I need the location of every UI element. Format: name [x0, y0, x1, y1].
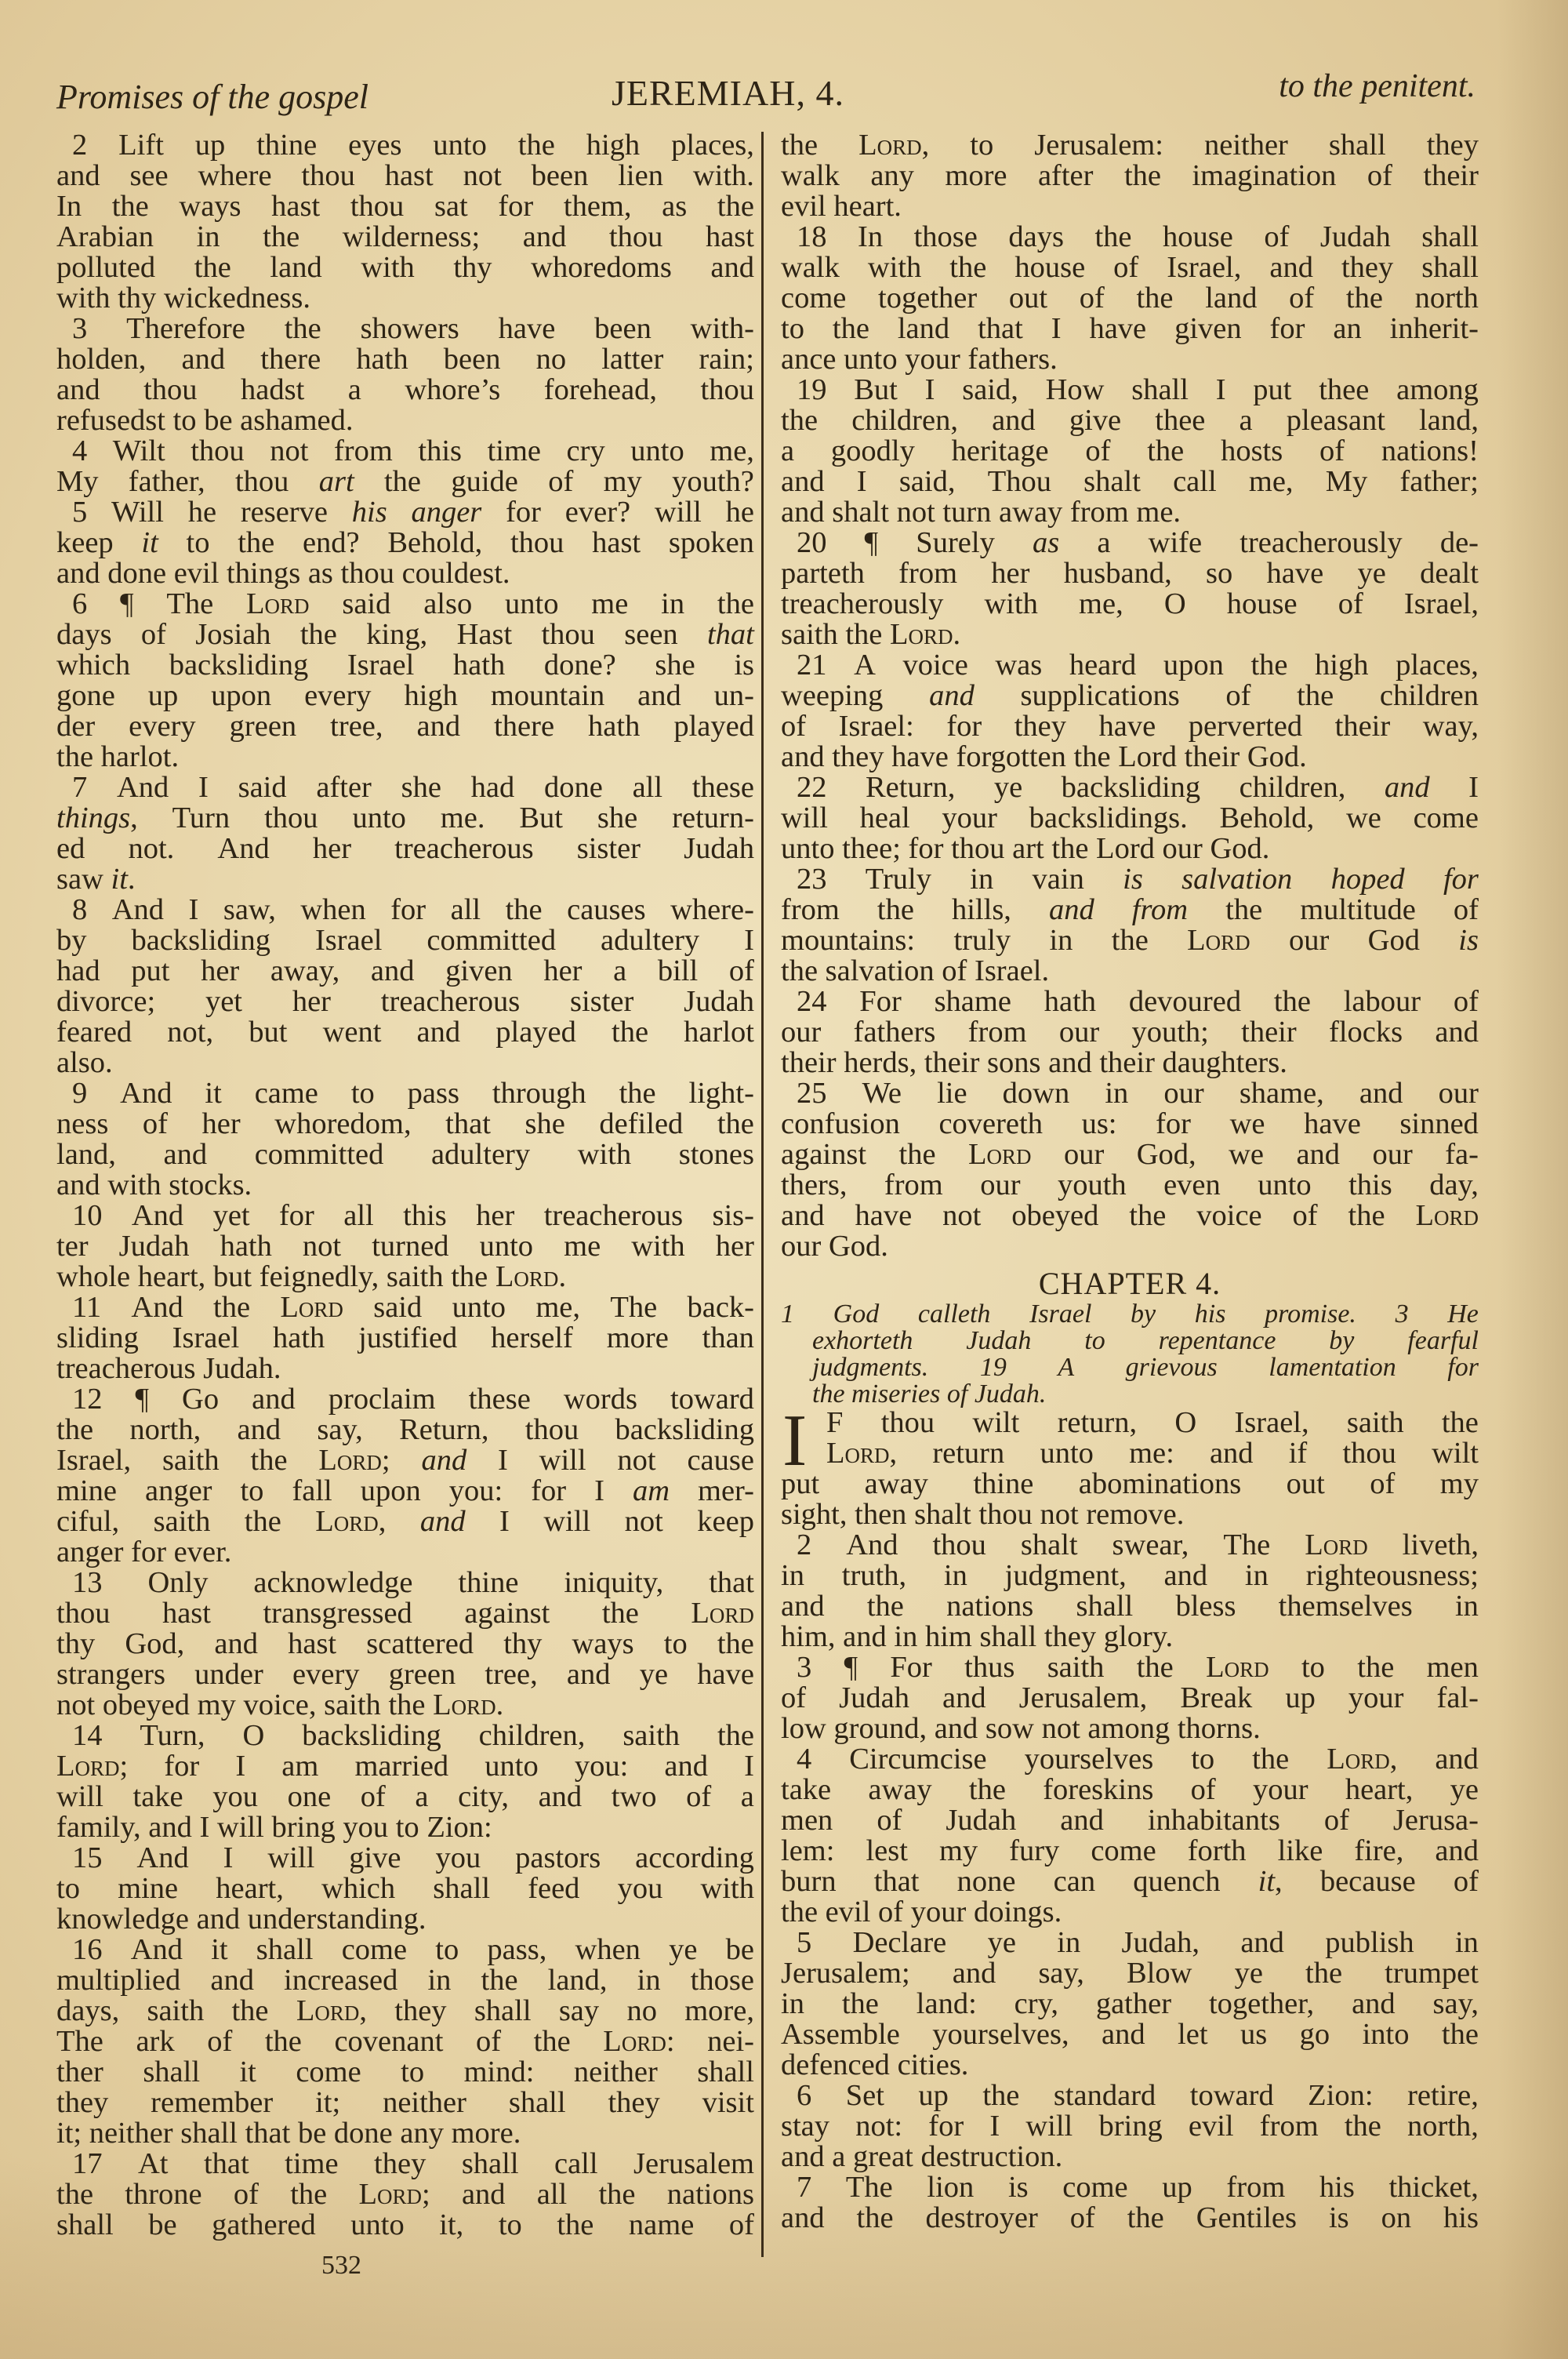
word: in	[1455, 1591, 1479, 1622]
word: down	[1003, 1078, 1070, 1109]
word: me.	[1136, 497, 1181, 528]
word: your	[905, 344, 960, 375]
word: not:	[855, 2111, 902, 2142]
word: ¶	[844, 1652, 858, 1683]
word: showers	[361, 314, 459, 344]
word: In	[858, 222, 883, 253]
word: north	[1415, 283, 1479, 314]
word: of	[877, 1805, 902, 1836]
word: voice	[902, 650, 967, 681]
word: it	[141, 528, 158, 558]
word: my	[939, 1836, 978, 1866]
word: the	[612, 1017, 648, 1048]
word: nations	[667, 2179, 754, 2210]
text-line: tomineheart,whichshallfeedyouwith	[56, 1874, 754, 1904]
word: us:	[1082, 1109, 1117, 1140]
text-line: walkanymoreaftertheimaginationoftheir	[781, 161, 1479, 191]
word: standard	[1054, 2081, 1156, 2111]
word: will	[267, 1843, 314, 1874]
word: of	[729, 956, 754, 987]
word: shall	[462, 2149, 519, 2179]
word: shall	[509, 2088, 566, 2118]
word: Blow	[1127, 1958, 1192, 1989]
word: shalt	[832, 497, 889, 528]
word: 2	[797, 1530, 811, 1561]
word: heritage	[952, 436, 1049, 467]
word: in	[1057, 1928, 1080, 1958]
word: this	[418, 436, 462, 467]
word: for	[909, 834, 944, 864]
text-line: judgments.19Agrievouslamentationfor	[781, 1354, 1479, 1381]
word: miseries	[851, 1381, 940, 1408]
word: low	[781, 1714, 826, 1744]
word: come	[1062, 2172, 1127, 2203]
text-line: Arabianinthewilderness;andthouhast	[56, 222, 754, 253]
word: these	[469, 1384, 531, 1415]
word: their	[1423, 161, 1479, 191]
word: father;	[1399, 467, 1478, 497]
word: she	[655, 650, 695, 681]
word: hath	[453, 650, 505, 681]
word: The	[166, 589, 213, 620]
word: harlot	[684, 1017, 754, 1048]
word: shalt	[914, 1499, 971, 1530]
word: Assemble	[781, 2019, 900, 2050]
word: ways	[179, 191, 241, 222]
word: the	[717, 1721, 754, 1751]
text-line: 14Turn,Obackslidingchildren,saiththe	[56, 1721, 754, 1751]
word: Jerusalem;	[781, 1958, 910, 1989]
text-line: 4Wiltthounotfromthistimecryuntome,	[56, 436, 754, 467]
word: my	[604, 467, 642, 497]
word: turn	[942, 497, 991, 528]
word: anger	[411, 497, 481, 528]
word: backsliding	[615, 1415, 754, 1445]
word: Lord.	[433, 1690, 503, 1721]
word: that	[707, 620, 754, 650]
word: of	[1454, 987, 1479, 1017]
word: my	[1440, 1469, 1479, 1499]
word: will	[1025, 2111, 1073, 2142]
word: walk	[781, 253, 840, 283]
word: couldest.	[402, 558, 510, 589]
word: stocks.	[169, 1170, 252, 1201]
word: not	[303, 1231, 341, 1262]
word: acknowledge	[253, 1568, 412, 1598]
word: they	[1044, 1622, 1096, 1652]
right-column: theLord,toJerusalem:neithershalltheywalk…	[781, 130, 1479, 2234]
word: for	[131, 1537, 166, 1568]
word: shall	[56, 2210, 114, 2241]
word: fire,	[1354, 1836, 1403, 1866]
word: anger	[56, 1537, 124, 1568]
word: days	[56, 620, 112, 650]
word: And	[132, 1201, 183, 1231]
word: forgotten	[956, 742, 1065, 772]
word: ye	[1357, 558, 1385, 589]
word: an	[1333, 314, 1361, 344]
word: from	[1260, 2111, 1319, 2142]
word: Lord,	[296, 1996, 367, 2026]
word: for	[1270, 314, 1305, 344]
text-line: thouhasttransgressedagainsttheLord	[56, 1598, 754, 1629]
word: wilt	[1432, 1438, 1479, 1469]
word: and	[843, 1622, 887, 1652]
text-line: thyGod,andhastscatteredthywaystothe	[56, 1629, 754, 1659]
word: Lord.	[890, 620, 960, 650]
word: his	[1195, 1301, 1226, 1328]
word: sister	[570, 987, 633, 1017]
word: adultery	[601, 925, 699, 956]
word: 1	[781, 1301, 794, 1328]
word: mountain	[491, 681, 604, 711]
right-column-verses: theLord,toJerusalem:neithershalltheywalk…	[781, 130, 1479, 1262]
word: him	[925, 1622, 972, 1652]
word: also	[423, 589, 472, 620]
word: swear,	[1112, 1530, 1189, 1561]
word: the	[451, 1262, 488, 1292]
word: I	[989, 2111, 1000, 2142]
word: But	[519, 803, 563, 834]
word: the	[300, 620, 337, 650]
word: 3	[1396, 1301, 1409, 1328]
text-line: willtakeyouoneofacity,andtwoofa	[56, 1782, 754, 1812]
word: and	[1269, 253, 1313, 283]
word: the	[1357, 1652, 1394, 1683]
word: committed	[426, 925, 556, 956]
word: repentance	[1159, 1328, 1276, 1354]
word: In	[56, 191, 82, 222]
word: yet	[213, 1201, 250, 1231]
word: 18	[797, 222, 827, 253]
word: foreskins	[1043, 1775, 1153, 1805]
word: to	[173, 405, 197, 436]
word: of	[207, 2026, 232, 2057]
word: calleth	[918, 1301, 991, 1328]
word: played	[673, 711, 754, 742]
word: in	[944, 1561, 967, 1591]
word: will	[217, 1812, 264, 1843]
text-line: shallbegathereduntoit,tothenameof	[56, 2210, 754, 2241]
word: Set	[846, 2081, 884, 2111]
word: thou	[235, 467, 289, 497]
text-line: thershallitcometomind:neithershall	[56, 2057, 754, 2088]
word: keep	[56, 528, 114, 558]
word: Only	[147, 1568, 208, 1598]
word: with	[984, 589, 1037, 620]
text-line: agoodlyheritageofthehostsofnations!	[781, 436, 1479, 467]
word: given	[445, 956, 513, 987]
word: for	[1156, 1109, 1191, 1140]
word: and	[1359, 1078, 1403, 1109]
word: her	[543, 956, 582, 987]
word: thou	[350, 191, 404, 222]
word: children	[1380, 681, 1479, 711]
word: der	[56, 711, 95, 742]
word: said	[342, 589, 390, 620]
word: remember	[151, 2088, 273, 2118]
word: I	[744, 925, 754, 956]
word: truly	[953, 925, 1011, 956]
word: for	[946, 711, 982, 742]
text-line: our God.	[781, 1231, 1479, 1262]
word: with	[868, 253, 921, 283]
word: evil	[781, 191, 826, 222]
word: divorce;	[56, 987, 155, 1017]
word: Arabian	[56, 222, 154, 253]
word: which	[321, 1874, 395, 1904]
word: up	[918, 2081, 949, 2111]
word: unto	[1040, 1438, 1093, 1469]
word: reserve	[241, 497, 328, 528]
word: Lord	[968, 1140, 1032, 1170]
word: our	[1064, 1140, 1104, 1170]
word: Lord,	[826, 1438, 897, 1469]
text-line: the salvation of Israel.	[781, 956, 1479, 987]
word: that	[709, 1568, 754, 1598]
word: go	[1300, 2019, 1330, 2050]
text-line: 3¶ForthussaiththeLordtothemen	[781, 1652, 1479, 1683]
text-line: bybackslidingIsraelcommittedadulteryI	[56, 925, 754, 956]
word: hast	[385, 161, 434, 191]
word: adultery	[431, 1140, 530, 1170]
word: A	[1058, 1354, 1074, 1381]
word: thou	[510, 528, 564, 558]
word: of	[141, 620, 166, 650]
word: and	[1385, 772, 1430, 803]
word: thee	[1319, 375, 1369, 405]
word: her	[991, 558, 1029, 589]
word: weeping	[781, 681, 883, 711]
word: Lord	[691, 1598, 754, 1629]
word: destruction.	[921, 2142, 1063, 2172]
word: nations	[946, 1591, 1033, 1622]
word: the	[845, 620, 882, 650]
word: and	[1435, 1744, 1479, 1775]
word: will	[781, 803, 828, 834]
word: you	[212, 1782, 258, 1812]
word: all	[537, 2179, 567, 2210]
word: not	[1042, 1714, 1080, 1744]
word: God	[1368, 925, 1420, 956]
word: have	[1304, 1109, 1361, 1140]
word: Declare	[853, 1928, 947, 1958]
word: I	[1468, 772, 1479, 803]
word: this	[403, 1201, 447, 1231]
word: will	[56, 1782, 103, 1812]
word: Israel.	[975, 956, 1049, 987]
word: time	[285, 2149, 338, 2179]
text-line: refusedst to be ashamed.	[56, 405, 754, 436]
word: even	[1163, 1170, 1221, 1201]
word: mer-	[698, 1476, 754, 1507]
word: 25	[797, 1078, 827, 1109]
text-line: ance unto your fathers.	[781, 344, 1479, 375]
word: in	[197, 222, 220, 253]
word: youth	[1058, 1170, 1127, 1201]
word: to	[396, 1812, 419, 1843]
word: it	[239, 2057, 256, 2088]
word: of	[1113, 253, 1138, 283]
word: of	[686, 1782, 711, 1812]
word: Jerusalem,	[1019, 1683, 1148, 1714]
verse-1-lines: Fthouwiltreturn,OIsrael,saiththeLord,ret…	[781, 1408, 1479, 1530]
word: am	[633, 1476, 670, 1507]
word: been	[444, 344, 501, 375]
word: every	[304, 681, 372, 711]
word: to	[240, 1476, 263, 1507]
text-line: low ground, and sow not among thorns.	[781, 1714, 1479, 1744]
text-line: mountains:trulyintheLordourGodis	[781, 925, 1479, 956]
word: land,	[56, 1140, 116, 1170]
word: judgment,	[1005, 1561, 1127, 1591]
word: ed	[56, 834, 85, 864]
word: toward	[670, 1384, 754, 1415]
word: have	[499, 314, 556, 344]
chapter-verses: 2Andthoushaltswear,TheLordliveth,intruth…	[781, 1530, 1479, 2234]
word: for	[531, 1476, 566, 1507]
word: fa-	[1445, 1140, 1479, 1170]
word: lion	[927, 2172, 974, 2203]
word: We	[862, 1078, 902, 1109]
word: the	[506, 895, 543, 925]
word: give	[1069, 405, 1121, 436]
word: walk	[781, 161, 840, 191]
word: played	[495, 1017, 576, 1048]
word: heart,	[138, 1262, 206, 1292]
word: abominations	[1079, 1469, 1241, 1499]
word: refusedst	[56, 405, 165, 436]
word: not	[56, 1690, 95, 1721]
text-line: thethroneoftheLord;andallthenations	[56, 2179, 754, 2210]
word: call	[1173, 467, 1217, 497]
text-line: intheland:cry,gathertogether,andsay,	[781, 1989, 1479, 2019]
word: ark	[136, 2026, 174, 2057]
word: mind:	[464, 2057, 535, 2088]
word: Judah,	[1122, 1928, 1200, 1958]
word: yet	[205, 987, 242, 1017]
word: hath	[1044, 987, 1096, 1017]
word: from	[898, 558, 957, 589]
word: Judah.	[975, 1381, 1047, 1408]
word: He	[1447, 1301, 1479, 1328]
text-line: andIsaid,Thoushaltcallme,Myfather;	[781, 467, 1479, 497]
word: shall	[433, 1874, 490, 1904]
word: truth,	[842, 1561, 906, 1591]
text-line: sight, then shalt thou not remove.	[781, 1499, 1479, 1530]
text-line: theyrememberit;neithershalltheyvisit	[56, 2088, 754, 2118]
drop-cap-letter: I	[782, 1409, 807, 1472]
word: anger	[145, 1476, 212, 1507]
word: thou	[143, 375, 197, 405]
word: the	[781, 130, 818, 161]
word: you	[618, 1874, 663, 1904]
word: cities.	[898, 2050, 969, 2081]
word: green	[389, 1659, 456, 1690]
word: with	[107, 1170, 161, 1201]
word: doings.	[974, 1897, 1062, 1928]
word: because	[1320, 1866, 1416, 1897]
text-line: 1GodcallethIsraelbyhispromise.3He	[781, 1301, 1479, 1328]
word: is	[1458, 925, 1479, 956]
word: nei-	[707, 2026, 754, 2057]
word: herds,	[844, 1048, 916, 1078]
word: she	[401, 772, 441, 803]
word: evil	[1189, 2111, 1234, 2142]
word: neither	[89, 2118, 173, 2149]
text-line: andthouhadstawhore’sforehead,thou	[56, 375, 754, 405]
word: 19	[980, 1354, 1007, 1381]
word: the	[1252, 1744, 1289, 1775]
word: a	[415, 1782, 428, 1812]
word: increased	[284, 1965, 397, 1996]
word: for	[928, 2111, 964, 2142]
word: be	[204, 405, 232, 436]
text-line: partethfromherhusband,sohaveyedealt	[781, 558, 1479, 589]
word: and	[781, 742, 825, 772]
word: unto	[844, 344, 897, 375]
word: Lord	[1305, 1530, 1368, 1561]
word: upon	[1163, 650, 1224, 681]
word: the	[238, 528, 274, 558]
text-line: 25Weliedowninourshame,andour	[781, 1078, 1479, 1109]
word: And	[112, 895, 164, 925]
word: sinned	[1399, 1109, 1479, 1140]
word: 16	[72, 1935, 103, 1965]
word: house	[1163, 222, 1233, 253]
word: of	[1264, 222, 1289, 253]
word: through	[492, 1078, 586, 1109]
text-line: takeawaytheforeskinsofyourheart,ye	[781, 1775, 1479, 1805]
left-column: 2Liftupthineeyesuntothehighplaces,andsee…	[56, 130, 754, 2241]
word: righteousness;	[1306, 1561, 1479, 1591]
word: come	[342, 1935, 407, 1965]
text-line: treacherouslywithme,OhouseofIsrael,	[781, 589, 1479, 620]
word: remove.	[1086, 1499, 1184, 1530]
word: saith	[622, 1721, 680, 1751]
word: 24	[797, 987, 827, 1017]
word: lien	[618, 161, 663, 191]
word: And	[846, 1530, 898, 1561]
word: those	[914, 222, 978, 253]
word: the	[899, 1140, 936, 1170]
page-edge-shadow	[1497, 0, 1568, 2359]
word: neither	[574, 2057, 658, 2088]
word: given	[1174, 314, 1242, 344]
word: saw,	[223, 895, 276, 925]
word: a	[741, 1782, 754, 1812]
word: that	[445, 1109, 491, 1140]
text-line: with thy wickedness.	[56, 283, 754, 314]
word: Turn	[172, 803, 230, 834]
word: land	[270, 253, 321, 283]
word: these	[692, 772, 754, 803]
word: ance	[781, 344, 837, 375]
word: great	[853, 2142, 913, 2172]
text-line: and they have forgotten the Lord their G…	[781, 742, 1479, 772]
word: to	[1301, 1652, 1325, 1683]
word: it;	[56, 2118, 82, 2149]
word: lamentation	[1269, 1354, 1396, 1381]
word: At	[138, 2149, 169, 2179]
word: fal-	[1437, 1683, 1479, 1714]
word: and	[1048, 1048, 1092, 1078]
word: away	[868, 1775, 931, 1805]
word: our	[781, 1017, 821, 1048]
word: and	[417, 1017, 461, 1048]
word: thus	[964, 1652, 1014, 1683]
word: Circumcise	[849, 1744, 986, 1775]
